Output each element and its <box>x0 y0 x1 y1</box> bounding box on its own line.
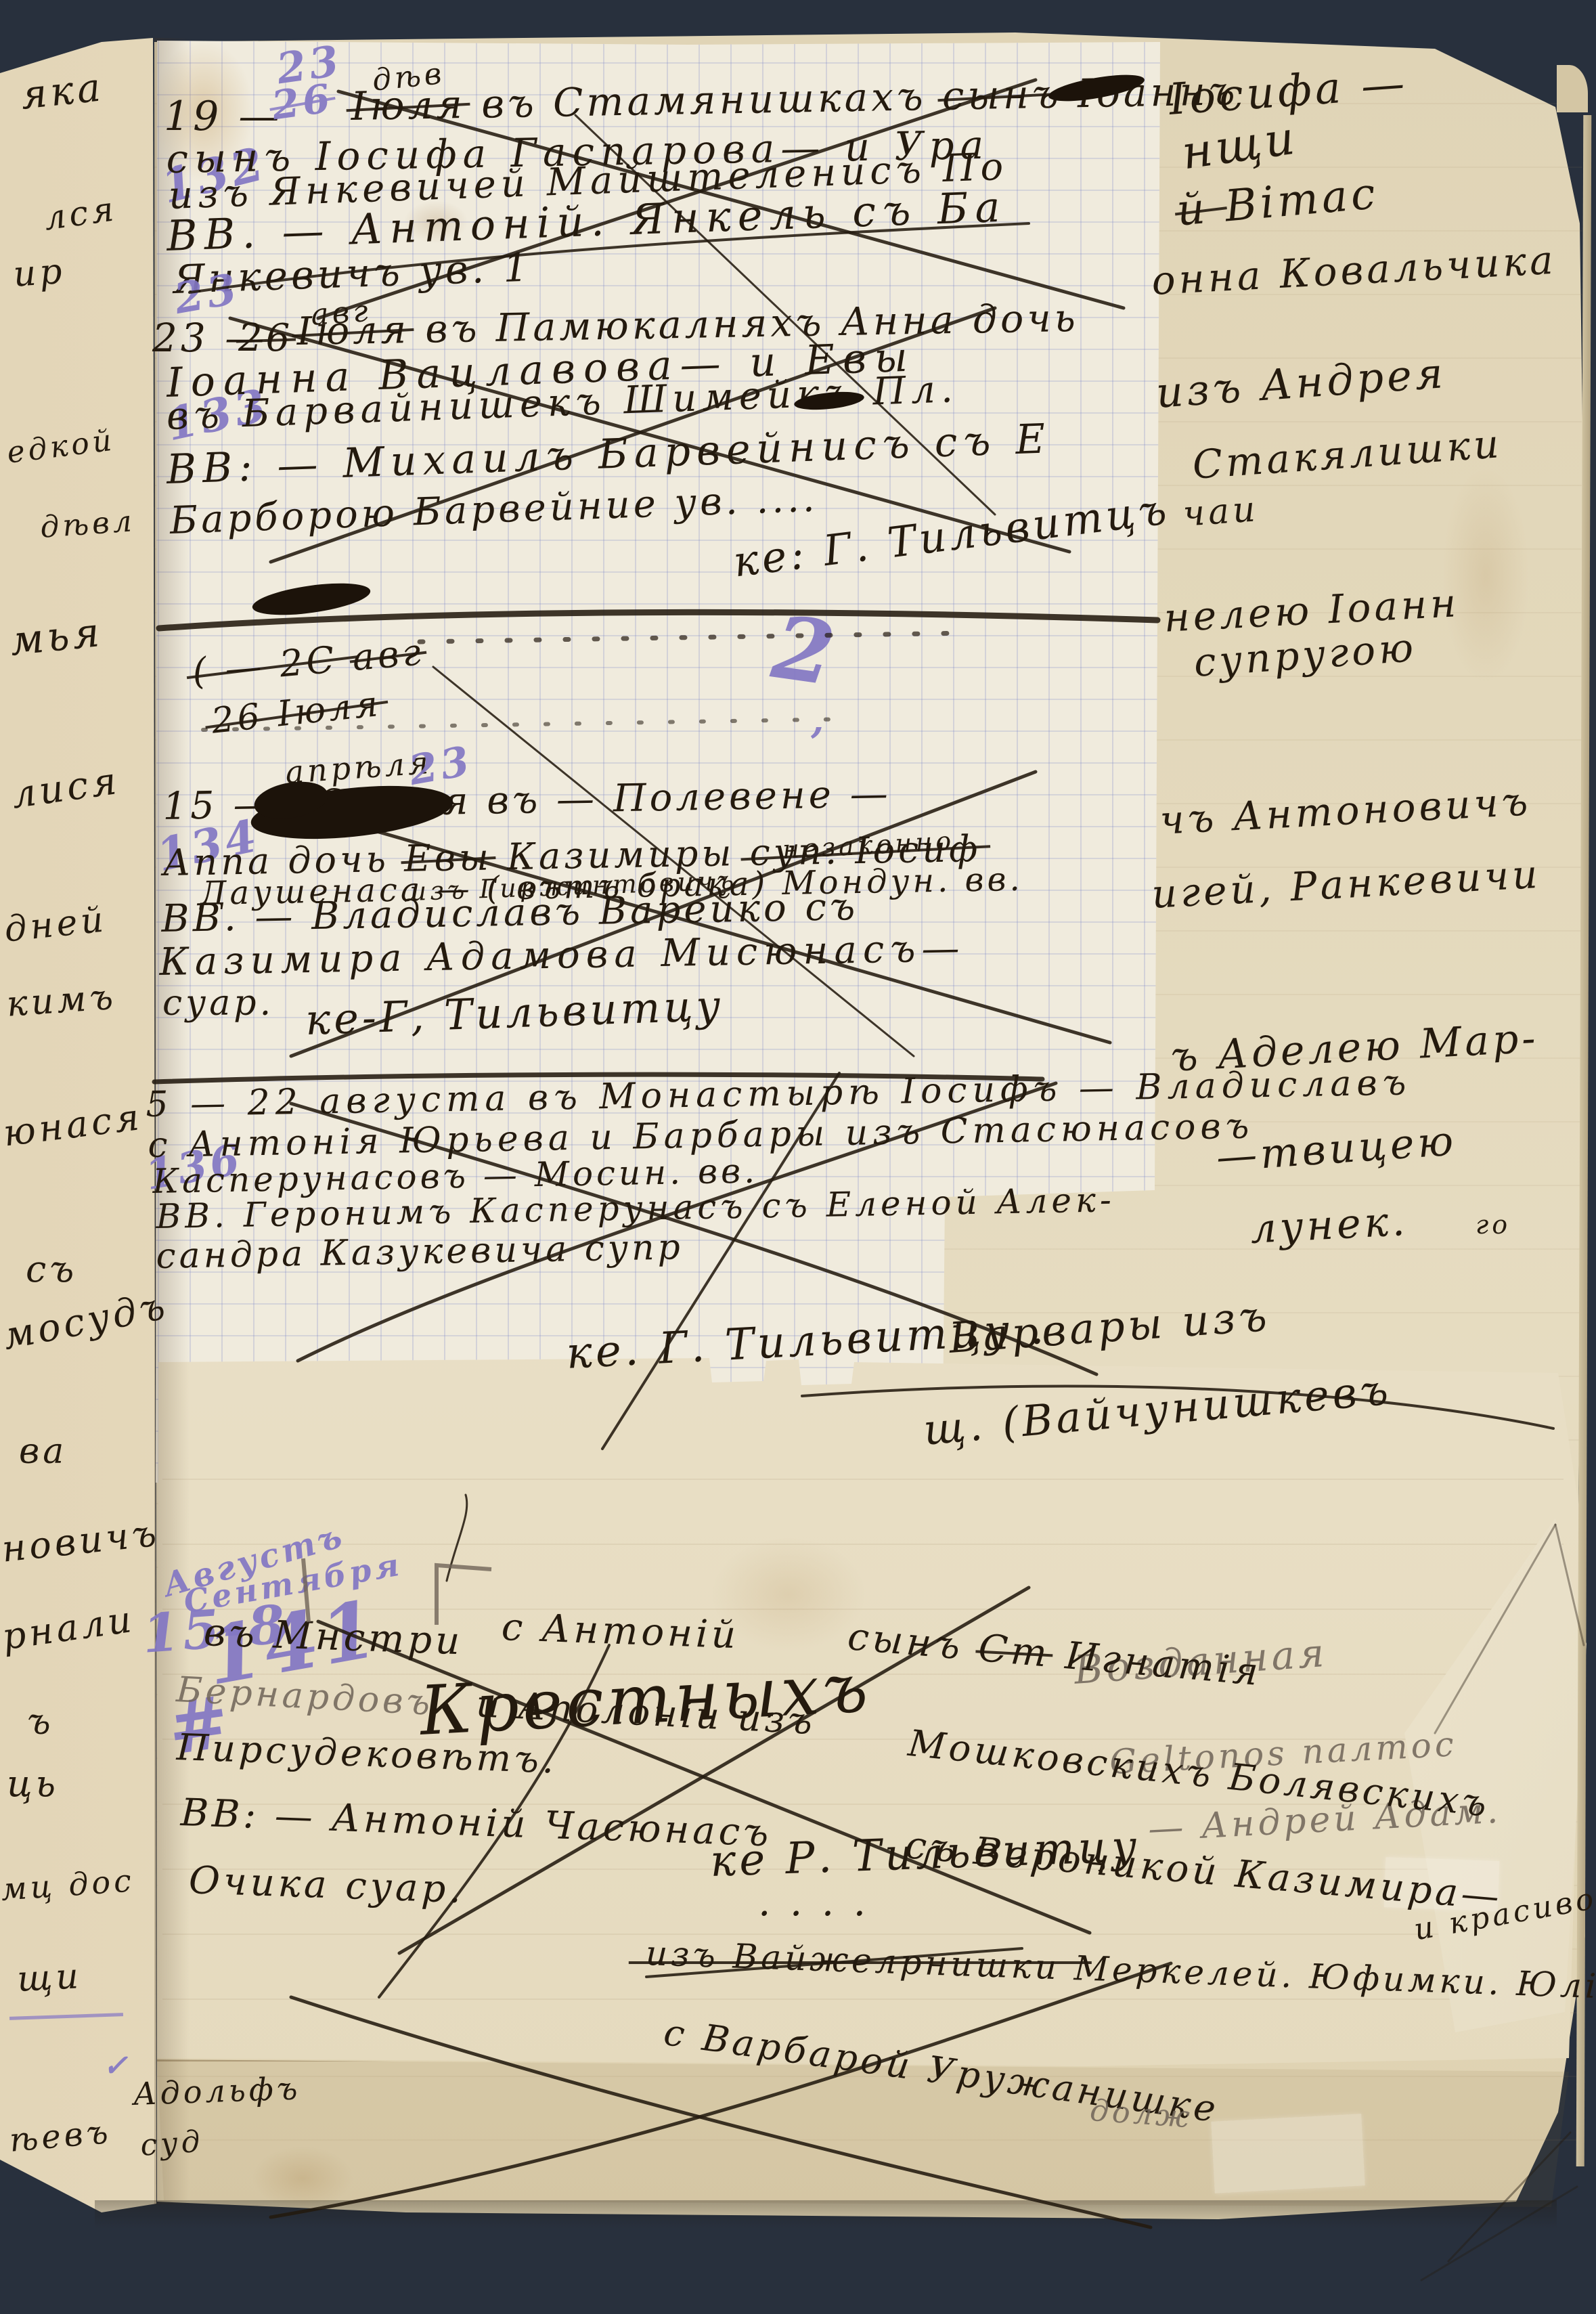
tape-patch <box>1211 2114 1365 2193</box>
tape-patch <box>1384 1857 1499 1911</box>
gutter-shadow <box>154 38 190 2204</box>
lined-sheet-rules <box>162 1415 1564 2058</box>
register-scan: якалсяиредкойдѣвлмьялисяднейкимъюнасясъм… <box>0 0 1596 2314</box>
page-corner-edge <box>1557 65 1588 112</box>
page-bottom-shadow <box>95 2200 1557 2229</box>
